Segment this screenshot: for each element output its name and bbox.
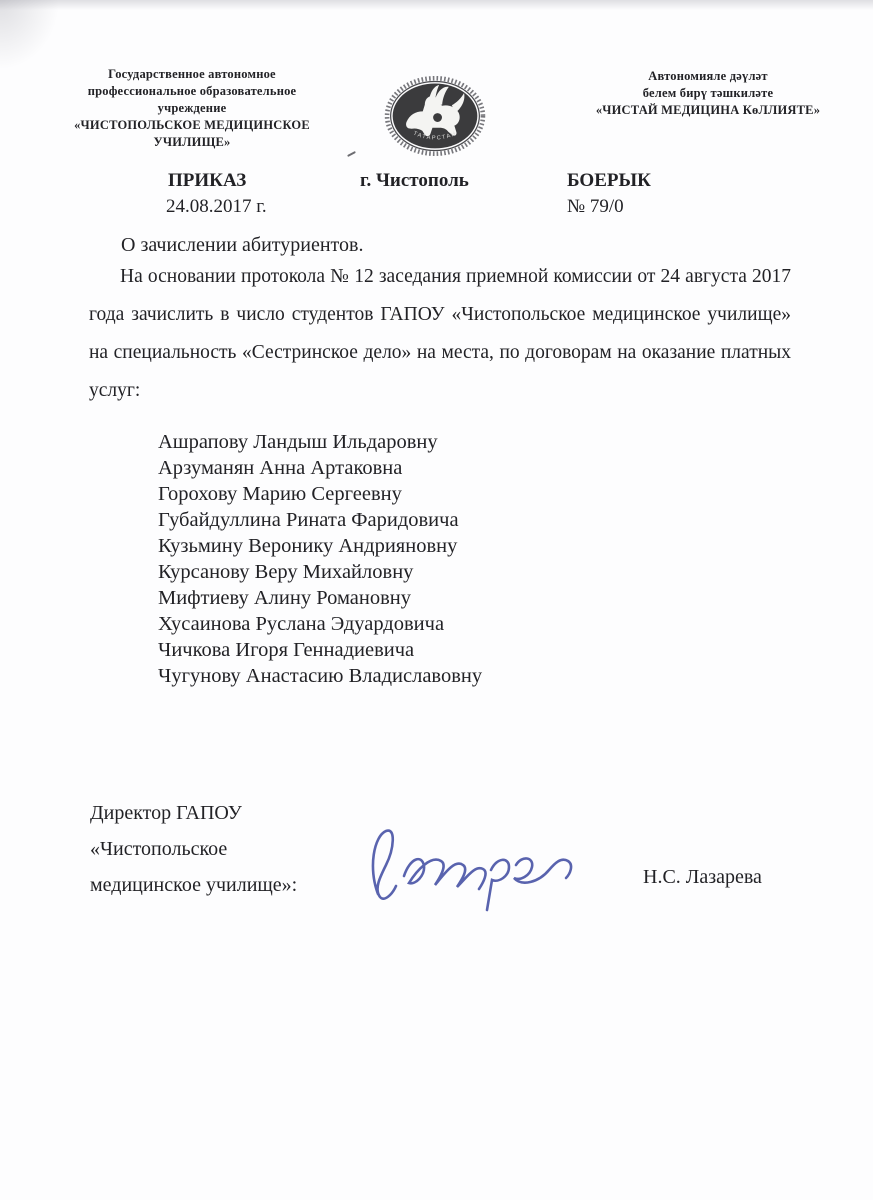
student-list-item: Губайдуллина Рината Фаридовича <box>158 507 482 533</box>
tatarstan-emblem: ТАТАРСТАН <box>384 74 486 160</box>
student-list-item: Мифтиеву Алину Романовну <box>158 585 482 611</box>
enrolled-students-list: Ашрапову Ландыш Ильдаровну Арзуманян Анн… <box>158 429 482 689</box>
student-list-item: Хусаинова Руслана Эдуардовича <box>158 611 482 637</box>
organization-name-tatar: Автономияле дәүләт белем бирү тәшкиләте … <box>556 68 860 119</box>
director-title-block: Директор ГАПОУ «Чистопольское медицинско… <box>90 795 297 903</box>
scanned-order-document: Государственное автономное профессиональ… <box>0 0 873 1200</box>
student-list-item: Ашрапову Ландыш Ильдаровну <box>158 429 482 455</box>
student-list-item: Курсанову Веру Михайловну <box>158 559 482 585</box>
handwritten-signature <box>348 812 592 920</box>
order-type-russian: ПРИКАЗ <box>168 170 246 192</box>
student-list-item: Чугунову Анастасию Владиславовну <box>158 663 482 689</box>
order-number: № 79/0 <box>567 196 624 218</box>
student-list-item: Горохову Марию Сергеевну <box>158 481 482 507</box>
stray-pen-mark <box>347 151 356 157</box>
order-type-tatar: БОЕРЫК <box>567 170 651 192</box>
order-subject: О зачислении абитуриентов. <box>121 234 363 257</box>
order-date: 24.08.2017 г. <box>166 196 267 218</box>
student-list-item: Кузьмину Веронику Андрияновну <box>158 533 482 559</box>
order-city: г. Чистополь <box>360 170 469 192</box>
student-list-item: Чичкова Игоря Геннадиевича <box>158 637 482 663</box>
organization-name-russian: Государственное автономное профессиональ… <box>60 66 324 151</box>
winged-leopard-emblem-icon: ТАТАРСТАН <box>384 74 486 160</box>
director-name: Н.С. Лазарева <box>643 866 762 889</box>
student-list-item: Арзуманян Анна Артаковна <box>158 455 482 481</box>
order-body-paragraph: На основании протокола № 12 заседания пр… <box>89 258 791 410</box>
